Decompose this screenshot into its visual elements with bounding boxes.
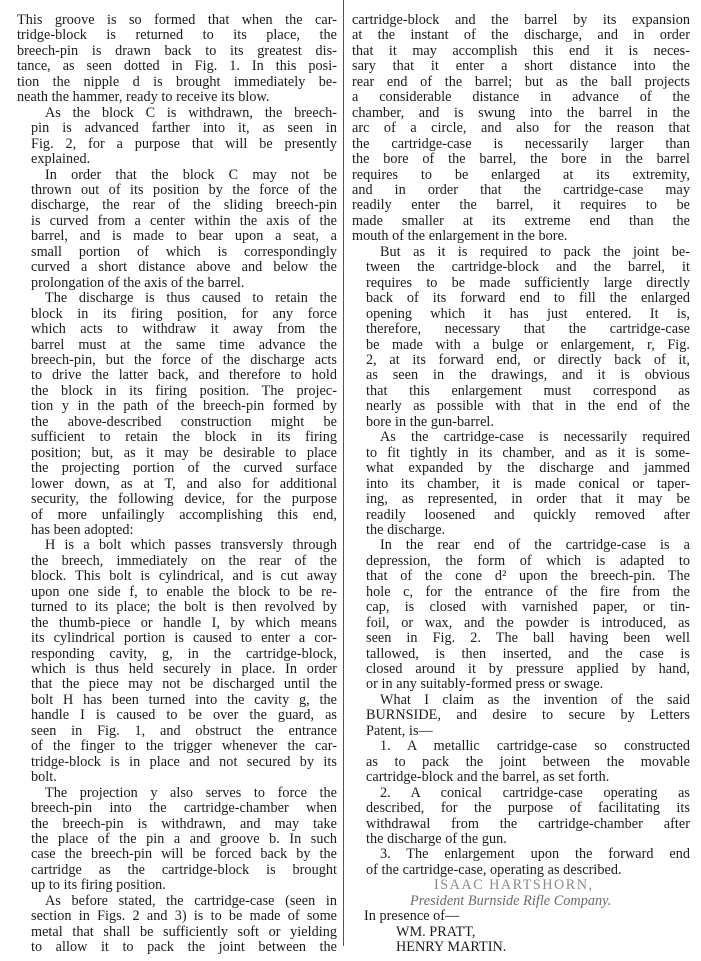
paragraph: 3. The enlargement upon the forward endo…	[352, 847, 690, 878]
text-line: that the piece may not be discharged unt…	[17, 677, 337, 692]
text-line: security, the following device, for the …	[17, 492, 337, 507]
text-line: BURNSIDE, and desire to secure by Letter…	[352, 708, 690, 723]
text-line: mouth of the enlargement in the bore.	[352, 229, 690, 244]
text-line: block. This bolt is cylindrical, and is …	[17, 569, 337, 584]
signer-title: President Burnside Rifle Company.	[352, 894, 690, 909]
text-line: turned to its place; the bolt is then re…	[17, 600, 337, 615]
text-line: block in its firing position, for any fo…	[17, 307, 337, 322]
text-line: tion y in the path of the breech-pin for…	[17, 399, 337, 414]
text-line: the discharge.	[352, 523, 690, 538]
text-line: opening which it has just entered. It is…	[352, 307, 690, 322]
text-line: breech-pin is drawn back to its greatest…	[17, 44, 337, 59]
text-line: breech-pin, but the force of the dischar…	[17, 353, 337, 368]
text-line: of more unfailingly accomplishing this e…	[17, 508, 337, 523]
text-line: the projecting portion of the curved sur…	[17, 461, 337, 476]
text-line: is curved from a center within the axis …	[17, 214, 337, 229]
text-line: explained.	[17, 152, 337, 167]
text-line: the breech-pin is withdrawn, and may tak…	[17, 817, 337, 832]
paragraph: As the cartridge-case is necessarily req…	[352, 430, 690, 538]
text-line: curved a short distance above and below …	[17, 260, 337, 275]
text-line: has been adopted:	[17, 523, 337, 538]
text-line: tance, as seen dotted in Fig. 1. In this…	[17, 59, 337, 74]
text-line: tion the nipple d is brought immediately…	[17, 75, 337, 90]
text-line: cartridge as the cartridge-block is brou…	[17, 863, 337, 878]
paragraph: As the block C is withdrawn, the breech-…	[17, 106, 337, 168]
text-line: to allow it to pack the joint between th…	[17, 940, 337, 955]
text-line: arc of a circle, and also for the reason…	[352, 121, 690, 136]
paragraph: In the rear end of the cartridge-case is…	[352, 538, 690, 693]
text-line: back of its forward end to fill the enla…	[352, 291, 690, 306]
text-line: that of the cone d² upon the breech-pin.…	[352, 569, 690, 584]
text-line: described, for the purpose of facilitati…	[352, 801, 690, 816]
text-line: cartridge-block and the barrel, as set f…	[352, 770, 690, 785]
text-line: at the instant of the discharge, and in …	[352, 28, 690, 43]
text-line: the discharge of the gun.	[352, 832, 690, 847]
text-line: Patent, is—	[352, 724, 690, 739]
text-line: or in any suitably-formed press or swage…	[352, 677, 690, 692]
text-line: tridge-block is in place and not secured…	[17, 755, 337, 770]
text-line: prolongation of the axis of the barrel.	[17, 276, 337, 291]
paragraph: 1. A metallic cartridge-case so construc…	[352, 739, 690, 785]
text-line: the breech, immediately on the rear of t…	[17, 554, 337, 569]
column-divider	[343, 0, 344, 946]
paragraph: The discharge is thus caused to retain t…	[17, 291, 337, 538]
text-line: up to its firing position.	[17, 878, 337, 893]
text-line: thrown out of its position by the force …	[17, 183, 337, 198]
text-line: tridge-block is returned to its place, t…	[17, 28, 337, 43]
text-line: the cartridge-case is necessarily larger…	[352, 137, 690, 152]
text-line: barrel must at the same time advance the	[17, 338, 337, 353]
paragraph: The projection y also serves to force th…	[17, 786, 337, 894]
text-line: cap, is closed with varnished paper, or …	[352, 600, 690, 615]
text-line: This groove is so formed that when the c…	[17, 13, 337, 28]
text-line: requires to be made sufficiently large d…	[352, 276, 690, 291]
text-line: bolt.	[17, 770, 337, 785]
text-line: its cylindrical portion is caused to ent…	[17, 631, 337, 646]
text-line: cartridge-block and the barrel by its ex…	[352, 13, 690, 28]
paragraph: But as it is required to pack the joint …	[352, 245, 690, 430]
left-column: This groove is so formed that when the c…	[17, 13, 337, 956]
text-line: bolt H has been turned into the cavity g…	[17, 693, 337, 708]
text-line: 3. The enlargement upon the forward end	[352, 847, 690, 862]
text-line: that it may accomplish this end it is ne…	[352, 44, 690, 59]
text-line: 2. A conical cartridge-case operating as	[352, 786, 690, 801]
text-line: made smaller at its extreme end than the	[352, 214, 690, 229]
text-line: a considerable distance in advance of th…	[352, 90, 690, 105]
paragraph: What I claim as the invention of the sai…	[352, 693, 690, 739]
text-line: as seen in the drawings, and it is obvio…	[352, 368, 690, 383]
text-line: the above-described construction might b…	[17, 415, 337, 430]
paragraph: H is a bolt which passes transversly thr…	[17, 538, 337, 785]
text-line: withdrawal from the cartridge-chamber af…	[352, 817, 690, 832]
text-line: readily loosened and quickly removed aft…	[352, 508, 690, 523]
text-line: H is a bolt which passes transversly thr…	[17, 538, 337, 553]
signer-name: ISAAC HARTSHORN,	[352, 878, 690, 893]
text-line: to drive the latter back, and therefore …	[17, 368, 337, 383]
text-line: section in Figs. 2 and 3) is to be made …	[17, 909, 337, 924]
text-line: depression, the form of which is adapted…	[352, 554, 690, 569]
text-line: be made with a bulge or enlargement, r, …	[352, 338, 690, 353]
text-line: of the finger to the trigger whenever th…	[17, 739, 337, 754]
text-line: closed around it by pressure applied by …	[352, 662, 690, 677]
text-line: discharge, the rear of the sliding breec…	[17, 198, 337, 213]
text-line: the place of the pin a and groove b. In …	[17, 832, 337, 847]
text-line: the bore of the barrel, the bore in the …	[352, 152, 690, 167]
text-line: that this enlargement must correspond as	[352, 384, 690, 399]
witness-2: HENRY MARTIN.	[352, 940, 690, 955]
text-line: As the block C is withdrawn, the breech-	[17, 106, 337, 121]
text-line: breech-pin into the cartridge-chamber wh…	[17, 801, 337, 816]
text-line: In order that the block C may not be	[17, 168, 337, 183]
paragraph: This groove is so formed that when the c…	[17, 13, 337, 106]
text-line: lower down, as at T, and also for additi…	[17, 477, 337, 492]
presence-label: In presence of—	[352, 909, 690, 924]
paragraph: In order that the block C may not bethro…	[17, 168, 337, 292]
text-line: sufficient to retain the block in its fi…	[17, 430, 337, 445]
text-line: requires to be enlarged at its extremity…	[352, 168, 690, 183]
text-line: handle I is caused to be over the guard,…	[17, 708, 337, 723]
text-line: metal that shall be sufficiently soft or…	[17, 925, 337, 940]
text-line: tallowed, is then inserted, and the case…	[352, 647, 690, 662]
text-line: 1. A metallic cartridge-case so construc…	[352, 739, 690, 754]
text-line: But as it is required to pack the joint …	[352, 245, 690, 260]
signature-block: ISAAC HARTSHORN, President Burnside Rifl…	[352, 878, 690, 955]
text-line: the block in its firing position. The pr…	[17, 384, 337, 399]
text-line: chamber, and is swung into the barrel in…	[352, 106, 690, 121]
witness-1: WM. PRATT,	[352, 925, 690, 940]
text-line: nearly as possible with that in the end …	[352, 399, 690, 414]
text-line: and in order that the cartridge-case may	[352, 183, 690, 198]
text-line: of the cartridge-case, operating as desc…	[352, 863, 690, 878]
text-line: upon one side f, to enable the block to …	[17, 585, 337, 600]
text-line: into its chamber, it is made conical or …	[352, 477, 690, 492]
text-line: small portion of which is correspondingl…	[17, 245, 337, 260]
text-line: tween the cartridge-block and the barrel…	[352, 260, 690, 275]
right-column: cartridge-block and the barrel by its ex…	[352, 13, 690, 956]
text-line: therefore, necessary that the cartridge-…	[352, 322, 690, 337]
text-line: readily enter the barrel, it requires to…	[352, 198, 690, 213]
text-line: What I claim as the invention of the sai…	[352, 693, 690, 708]
text-line: what expanded by the discharge and jamme…	[352, 461, 690, 476]
paragraph: cartridge-block and the barrel by its ex…	[352, 13, 690, 245]
text-line: neath the hammer, ready to receive its b…	[17, 90, 337, 105]
patent-page: This groove is so formed that when the c…	[0, 0, 701, 961]
text-line: as to pack the joint between the movable	[352, 755, 690, 770]
text-line: Fig. 2, for a purpose that will be prese…	[17, 137, 337, 152]
text-line: rear end of the barrel; but as the ball …	[352, 75, 690, 90]
text-line: In the rear end of the cartridge-case is…	[352, 538, 690, 553]
text-line: to fit tightly in its chamber, and as it…	[352, 446, 690, 461]
text-line: the thumb-piece or handle I, by which me…	[17, 616, 337, 631]
text-line: responding cavity, g, in the cartridge-b…	[17, 647, 337, 662]
text-line: seen in Fig. 1, and obstruct the entranc…	[17, 724, 337, 739]
text-line: foil, or wax, and the powder is introduc…	[352, 616, 690, 631]
text-line: position; but, as it may be desirable to…	[17, 446, 337, 461]
paragraph: As before stated, the cartridge-case (se…	[17, 894, 337, 956]
text-line: ing, as represented, in order that it ma…	[352, 492, 690, 507]
text-line: seen in Fig. 2. The ball having been wel…	[352, 631, 690, 646]
text-line: barrel, and is made to bear upon a seat,…	[17, 229, 337, 244]
text-line: bore in the gun-barrel.	[352, 415, 690, 430]
text-line: hole c, for the entrance of the fire fro…	[352, 585, 690, 600]
text-line: case the breech-pin will be forced back …	[17, 847, 337, 862]
text-line: 2, at its forward end, or directly back …	[352, 353, 690, 368]
text-line: pin is advanced farther into it, as seen…	[17, 121, 337, 136]
right-column-paragraphs: cartridge-block and the barrel by its ex…	[352, 13, 690, 878]
text-line: As the cartridge-case is necessarily req…	[352, 430, 690, 445]
text-line: which is thus held securely in place. In…	[17, 662, 337, 677]
text-line: The discharge is thus caused to retain t…	[17, 291, 337, 306]
text-line: which acts to withdraw it away from the	[17, 322, 337, 337]
paragraph: 2. A conical cartridge-case operating as…	[352, 786, 690, 848]
text-line: sary that it enter a short distance into…	[352, 59, 690, 74]
text-line: The projection y also serves to force th…	[17, 786, 337, 801]
text-line: As before stated, the cartridge-case (se…	[17, 894, 337, 909]
